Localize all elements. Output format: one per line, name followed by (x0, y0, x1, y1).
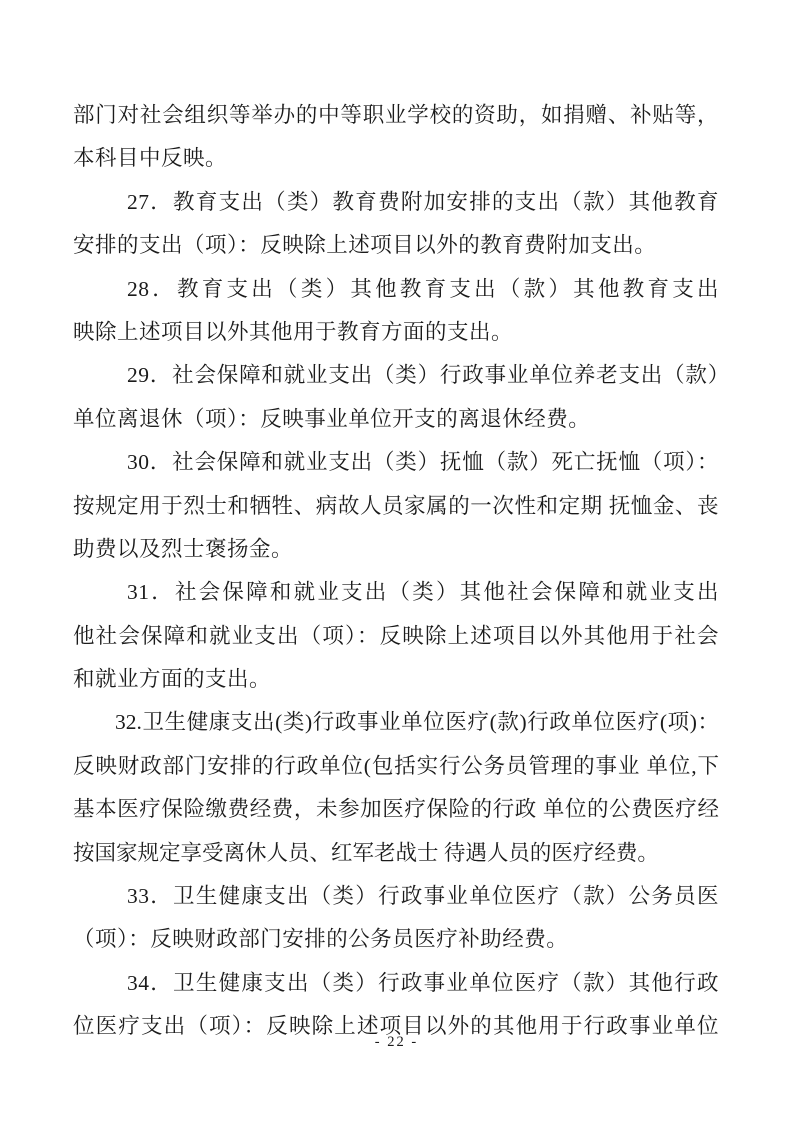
text-line: （项）：反映财政部门安排的公务员医疗补助经费。 (73, 918, 719, 961)
text-line: 31．社会保障和就业支出（类）其他社会保障和就业支出（款）其 (73, 571, 719, 614)
text-line: 安排的支出（项）：反映除上述项目以外的教育费附加支出。 (73, 224, 719, 267)
text-line: 按规定用于烈士和牺牲、病故人员家属的一次性和定期 抚恤金、丧葬补 (73, 485, 719, 528)
document-page: 部门对社会组织等举办的中等职业学校的资助，如捐赠、补贴等，也在本科目中反映。27… (0, 0, 793, 1122)
text-line: 本科目中反映。 (73, 137, 719, 180)
text-line: 和就业方面的支出。 (73, 658, 719, 701)
text-line: 映除上述项目以外其他用于教育方面的支出。 (73, 311, 719, 354)
text-line: 30．社会保障和就业支出（类）抚恤（款）死亡抚恤（项）：反映 (73, 441, 719, 484)
text-line: 32.卫生健康支出(类)行政事业单位医疗(款)行政单位医疗(项)： (73, 701, 719, 744)
text-line: 29．社会保障和就业支出（类）行政事业单位养老支出（款）事业 (73, 354, 719, 397)
text-line: 33．卫生健康支出（类）行政事业单位医疗（款）公务员医疗补助 (73, 875, 719, 918)
text-line: 助费以及烈士褒扬金。 (73, 528, 719, 571)
text-line: 基本医疗保险缴费经费，未参加医疗保险的行政 单位的公费医疗经费， (73, 788, 719, 831)
text-line: 单位离退休（项）：反映事业单位开支的离退休经费。 (73, 398, 719, 441)
text-line: 27．教育支出（类）教育费附加安排的支出（款）其他教育费附加 (73, 181, 719, 224)
text-block: 部门对社会组织等举办的中等职业学校的资助，如捐赠、补贴等，也在本科目中反映。27… (73, 94, 719, 1049)
text-line: 按国家规定享受离休人员、红军老战士 待遇人员的医疗经费。 (73, 832, 719, 875)
text-line: 反映财政部门安排的行政单位(包括实行公务员管理的事业 单位,下同) (73, 745, 719, 788)
text-line: 34．卫生健康支出（类）行政事业单位医疗（款）其他行政事业单 (73, 962, 719, 1005)
text-line: 28．教育支出（类）其他教育支出（款）其他教育支出（项）：反 (73, 268, 719, 311)
page-number: - 22 - (0, 1034, 793, 1051)
text-line: 他社会保障和就业支出（项）：反映除上述项目以外其他用于社会保障 (73, 615, 719, 658)
text-line: 部门对社会组织等举办的中等职业学校的资助，如捐赠、补贴等，也在 (73, 94, 719, 137)
